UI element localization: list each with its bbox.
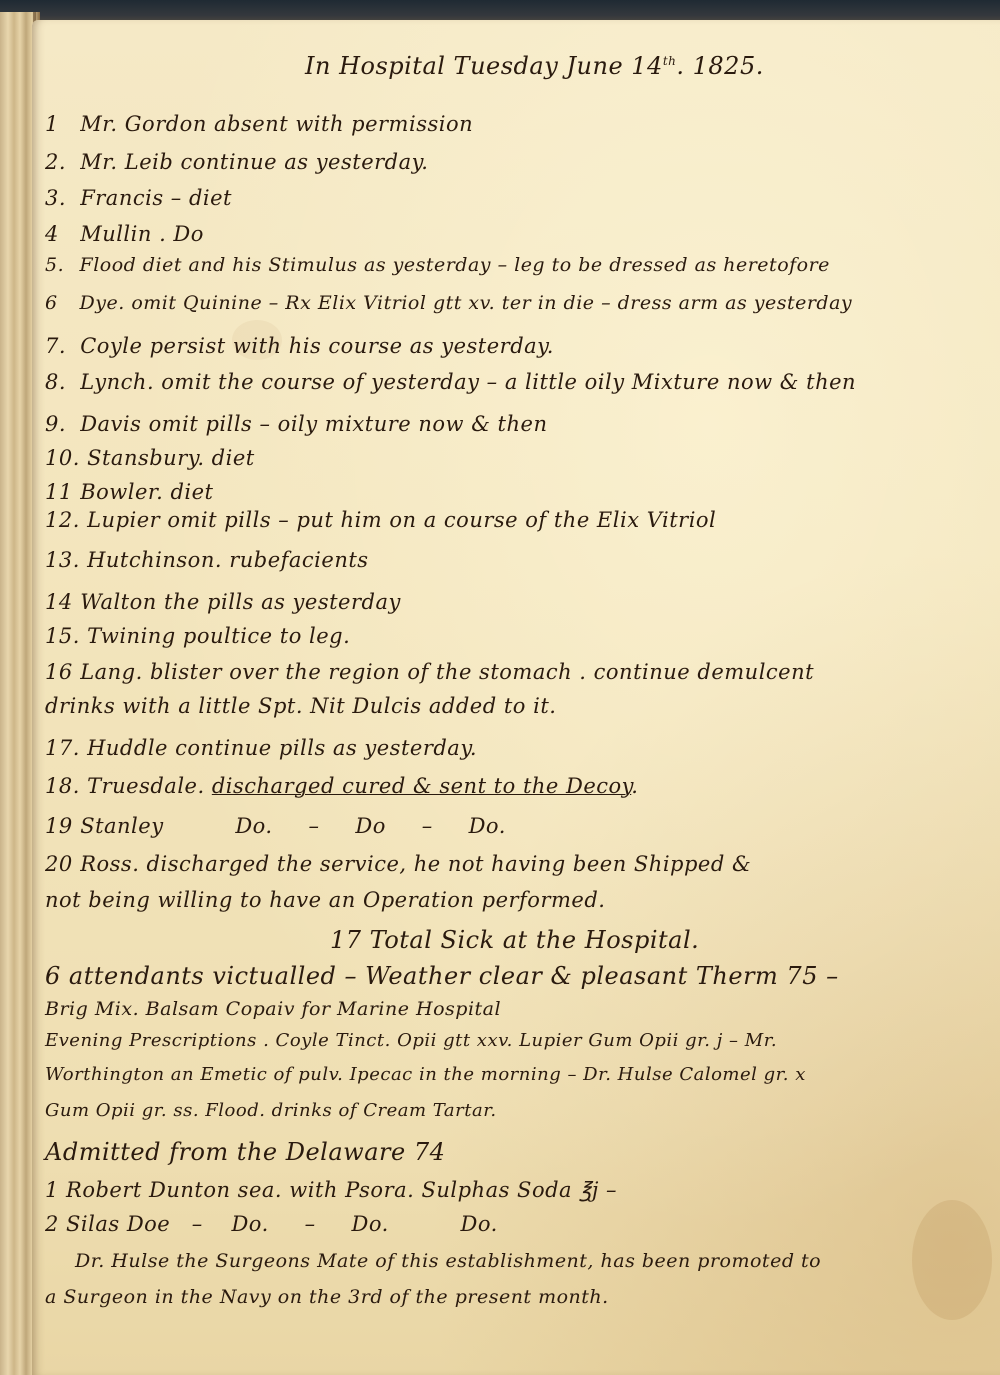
entry-number: 8. xyxy=(45,370,73,394)
entry-number: 17. xyxy=(45,736,80,760)
heading-year: . 1825. xyxy=(676,52,763,80)
entry-text: Huddle continue pills as yesterday. xyxy=(87,736,477,760)
entry-row: 8. Lynch. omit the course of yesterday –… xyxy=(45,370,856,394)
evening-prescriptions-line: Evening Prescriptions . Coyle Tinct. Opi… xyxy=(45,1030,777,1051)
paper-stain xyxy=(912,1200,992,1320)
entry-row: 14 Walton the pills as yesterday xyxy=(45,590,401,614)
entry-text: Coyle persist with his course as yesterd… xyxy=(80,334,554,358)
entry-row: 16 Lang. blister over the region of the … xyxy=(45,660,814,684)
entry-text: Francis – diet xyxy=(80,186,232,210)
scanned-page: In Hospital Tuesday June 14th. 1825. 1 M… xyxy=(0,0,1000,1375)
entry-text: Walton the pills as yesterday xyxy=(80,590,401,614)
entry-text: Lang. blister over the region of the sto… xyxy=(80,660,814,684)
entry-text: Dye. omit Quinine – Rx Elix Vitriol gtt … xyxy=(80,292,853,314)
entry-number: 18. xyxy=(45,774,80,798)
entry-text: Bowler. diet xyxy=(80,480,213,504)
entry-text: Lupier omit pills – put him on a course … xyxy=(87,508,716,532)
entry-row: 9. Davis omit pills – oily mixture now &… xyxy=(45,412,547,436)
entry-text: Twining poultice to leg. xyxy=(87,624,350,648)
entry-row: 3. Francis – diet xyxy=(45,186,232,210)
entry-row: 1 Mr. Gordon absent with permission xyxy=(45,112,473,136)
entry-row: 2. Mr. Leib continue as yesterday. xyxy=(45,150,428,174)
entry-row: 15. Twining poultice to leg. xyxy=(45,624,350,648)
entry-text: Stansbury. diet xyxy=(87,446,255,470)
entry-text: Hutchinson. rubefacients xyxy=(87,548,368,572)
entry-text: Davis omit pills – oily mixture now & th… xyxy=(80,412,547,436)
entry-row: 18. Truesdale. discharged cured & sent t… xyxy=(45,774,638,798)
entry-text: Flood diet and his Stimulus as yesterday… xyxy=(80,254,830,276)
entry-number: 9. xyxy=(45,412,73,436)
admitted-heading: Admitted from the Delaware 74 xyxy=(45,1138,445,1166)
evening-prescriptions-line: Gum Opii gr. ss. Flood. drinks of Cream … xyxy=(45,1100,497,1121)
entry-text: Mr. Leib continue as yesterday. xyxy=(80,150,428,174)
entry-row: 13. Hutchinson. rubefacients xyxy=(45,548,369,572)
entry-row: 10. Stansbury. diet xyxy=(45,446,255,470)
entry-text: not being willing to have an Operation p… xyxy=(45,888,605,912)
entry-number: 3. xyxy=(45,186,73,210)
heading-date: In Hospital Tuesday June 14 xyxy=(305,52,663,80)
entry-number: 4 xyxy=(45,222,73,246)
book-cover-edge xyxy=(0,0,1000,22)
brig-note: Brig Mix. Balsam Copaiv for Marine Hospi… xyxy=(45,998,501,1020)
admitted-row: 2 Silas Doe – Do. – Do. Do. xyxy=(45,1212,498,1236)
entry-row: 20 Ross. discharged the service, he not … xyxy=(45,852,751,876)
entry-text: Truesdale. xyxy=(87,774,212,798)
entry-row: 4 Mullin . Do xyxy=(45,222,204,246)
entry-continuation: drinks with a little Spt. Nit Dulcis add… xyxy=(45,694,556,718)
entry-number: 14 xyxy=(45,590,73,614)
admitted-row: 1 Robert Dunton sea. with Psora. Sulphas… xyxy=(45,1178,617,1202)
entry-number: 13. xyxy=(45,548,80,572)
entry-number: 20 xyxy=(45,852,73,876)
entry-row: 7. Coyle persist with his course as yest… xyxy=(45,334,554,358)
entry-text: Lynch. omit the course of yesterday – a … xyxy=(80,370,856,394)
entry-number: 7. xyxy=(45,334,73,358)
closing-note-line: a Surgeon in the Navy on the 3rd of the … xyxy=(45,1286,609,1308)
closing-note-line: Dr. Hulse the Surgeons Mate of this esta… xyxy=(75,1250,821,1272)
total-sick-line: 17 Total Sick at the Hospital. xyxy=(330,926,699,954)
entry-continuation: not being willing to have an Operation p… xyxy=(45,888,605,912)
entry-number: 15. xyxy=(45,624,80,648)
entry-text: Stanley Do. – Do – Do. xyxy=(80,814,506,838)
entry-text: drinks with a little Spt. Nit Dulcis add… xyxy=(45,694,556,718)
entry-row: 11 Bowler. diet xyxy=(45,480,214,504)
entry-number: 1 xyxy=(45,112,73,136)
entry-underlined-text: discharged cured & sent to the Decoy xyxy=(212,774,631,798)
entry-row: 17. Huddle continue pills as yesterday. xyxy=(45,736,477,760)
entry-number: 10. xyxy=(45,446,80,470)
entry-number: 12. xyxy=(45,508,80,532)
entry-text: Ross. discharged the service, he not hav… xyxy=(80,852,751,876)
entry-number: 5. xyxy=(45,254,73,276)
entry-number: 6 xyxy=(45,292,73,314)
page-heading: In Hospital Tuesday June 14th. 1825. xyxy=(305,52,764,80)
entry-text: Mullin . Do xyxy=(80,222,204,246)
entry-text: . xyxy=(631,774,638,798)
entry-text: Mr. Gordon absent with permission xyxy=(80,112,473,136)
heading-superscript: th xyxy=(663,54,677,68)
attendants-weather-line: 6 attendants victualled – Weather clear … xyxy=(45,962,839,990)
entry-row: 12. Lupier omit pills – put him on a cou… xyxy=(45,508,716,532)
entry-number: 11 xyxy=(45,480,73,504)
entry-number: 2. xyxy=(45,150,73,174)
entry-row: 6 Dye. omit Quinine – Rx Elix Vitriol gt… xyxy=(45,292,852,314)
entry-number: 16 xyxy=(45,660,73,684)
evening-prescriptions-line: Worthington an Emetic of pulv. Ipecac in… xyxy=(45,1064,806,1085)
entry-number: 19 xyxy=(45,814,73,838)
entry-row: 5. Flood diet and his Stimulus as yester… xyxy=(45,254,830,276)
entry-row: 19 Stanley Do. – Do – Do. xyxy=(45,814,506,838)
